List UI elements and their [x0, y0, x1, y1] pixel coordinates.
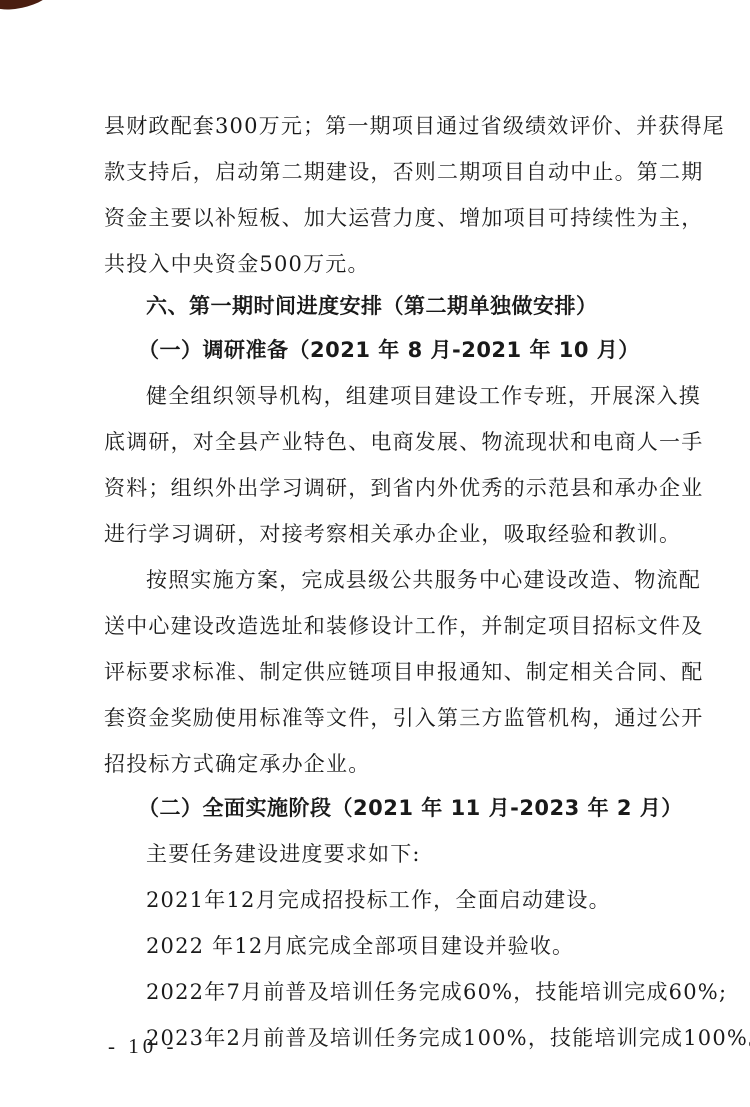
research-p2-line-2: 送中心建设改造选址和装修设计工作，并制定项目招标文件及 — [104, 612, 703, 640]
subsection-heading-research: （一）调研准备（2021 年 8 月-2021 年 10 月） — [138, 336, 640, 364]
research-p2-line-1: 按照实施方案，完成县级公共服务中心建设改造、物流配 — [146, 566, 701, 594]
funding-line-1: 县财政配套300万元；第一期项目通过省级绩效评价、并获得尾 — [104, 112, 725, 140]
implementation-intro: 主要任务建设进度要求如下: — [146, 840, 421, 868]
research-p2-line-4: 套资金奖励使用标准等文件，引入第三方监管机构，通过公开 — [104, 704, 703, 732]
funding-line-3: 资金主要以补短板、加大运营力度、增加项目可持续性为主， — [104, 204, 703, 232]
research-p1-line-1: 健全组织领导机构，组建项目建设工作专班，开展深入摸 — [146, 382, 701, 410]
research-p1-line-4: 进行学习调研，对接考察相关承办企业，吸取经验和教训。 — [104, 520, 681, 548]
funding-line-2: 款支持后，启动第二期建设，否则二期项目自动中止。第二期 — [104, 158, 703, 186]
research-p2-line-3: 评标要求标准、制定供应链项目申报通知、制定相关合同、配 — [104, 658, 703, 686]
milestone-3: 2022年7月前普及培训任务完成60%，技能培训完成60%; — [146, 978, 727, 1006]
section-heading: 六、第一期时间进度安排（第二期单独做安排） — [146, 292, 598, 320]
page-number: - 10 - — [108, 1034, 178, 1059]
subsection-heading-implementation: （二）全面实施阶段（2021 年 11 月-2023 年 2 月） — [138, 794, 683, 822]
research-p1-line-2: 底调研，对全县产业特色、电商发展、物流现状和电商人一手 — [104, 428, 703, 456]
milestone-1: 2021年12月完成招投标工作，全面启动建设。 — [146, 886, 611, 914]
milestone-4: 2023年2月前普及培训任务完成100%，技能培训完成100%。 — [146, 1024, 750, 1052]
research-p1-line-3: 资料；组织外出学习调研，到省内外优秀的示范县和承办企业 — [104, 474, 703, 502]
funding-line-4: 共投入中央资金500万元。 — [104, 250, 370, 278]
research-p2-line-5: 招投标方式确定承办企业。 — [104, 750, 370, 778]
milestone-2: 2022 年12月底完成全部项目建设并验收。 — [146, 932, 574, 960]
page-corner-shadow — [0, 0, 52, 14]
